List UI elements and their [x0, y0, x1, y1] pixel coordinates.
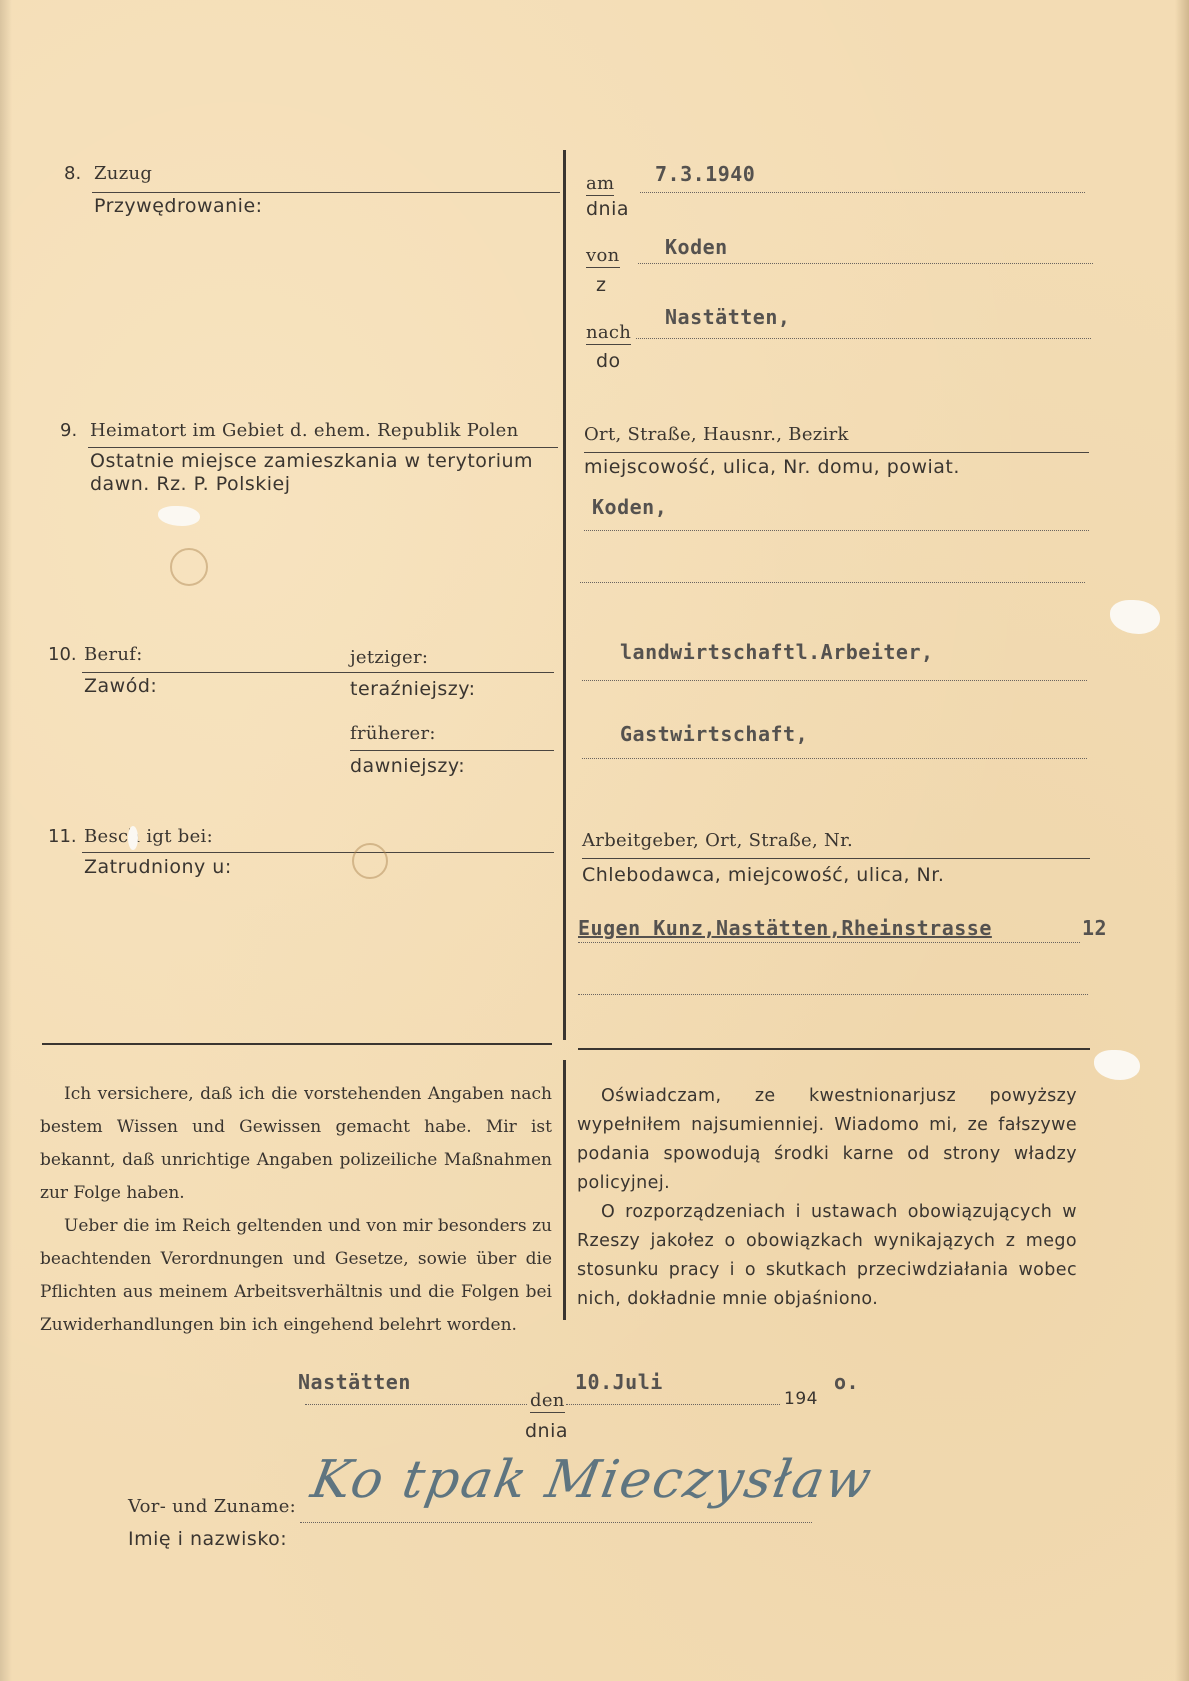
section-11-rule [82, 852, 554, 853]
former-occupation-rule [350, 750, 554, 751]
name-field-line [300, 1522, 812, 1523]
signature-date-value[interactable]: 10.Juli [575, 1370, 663, 1394]
date-label-de: am [586, 173, 614, 196]
section-11-number: 11. [48, 826, 77, 847]
home-address-value[interactable]: Koden, [592, 495, 667, 519]
to-label-de: nach [586, 322, 631, 345]
former-occupation-field-line [582, 758, 1087, 759]
paper-tear-right-2 [1094, 1050, 1140, 1080]
current-occupation-label-de: jetziger: [350, 647, 428, 668]
declaration-rule-left [42, 1043, 552, 1045]
from-place-field-line [638, 263, 1093, 264]
section-10-label-de: Beruf: [84, 644, 143, 665]
home-address-label-pl: miejscowość, ulica, Nr. domu, powiat. [584, 456, 960, 478]
current-occupation-value[interactable]: landwirtschaftl.Arbeiter, [620, 640, 934, 664]
employer-value[interactable]: Eugen Kunz,Nastätten,Rheinstrasse [578, 916, 992, 940]
section-8-number: 8. [64, 163, 81, 184]
declaration-german: Ich versichere, daß ich die vorstehenden… [40, 1078, 552, 1342]
year-prefix: 194 [784, 1389, 818, 1409]
paper-tear-right-1 [1110, 600, 1160, 634]
home-address-label-de: Ort, Straße, Hausnr., Bezirk [584, 424, 849, 445]
arrival-date-field-line [640, 192, 1085, 193]
from-label-pl: z [596, 274, 606, 296]
declaration-german-p1: Ich versichere, daß ich die vorstehenden… [40, 1078, 552, 1210]
declaration-rule-right [578, 1048, 1090, 1050]
to-label-pl: do [596, 350, 621, 372]
handwritten-signature[interactable]: Ko tpak Mieczysław [307, 1450, 878, 1510]
home-address-field-line-1 [584, 530, 1089, 531]
page-edge-right [1175, 0, 1189, 1681]
paper-hole-small [128, 826, 138, 850]
employer-house-number[interactable]: 12 [1082, 916, 1107, 940]
declaration-polish-p2: O rozporządzeniach i ustawach obowiązują… [577, 1198, 1077, 1314]
to-place-value[interactable]: Nastätten, [665, 305, 790, 329]
current-occupation-label-pl: teraźniejszy: [350, 678, 476, 700]
column-divider-top [563, 150, 566, 1040]
name-label-pl: Imię i nazwisko: [128, 1528, 287, 1550]
employer-label-pl: Chlebodawca, miejcowość, ulica, Nr. [582, 864, 944, 886]
former-occupation-value[interactable]: Gastwirtschaft, [620, 722, 808, 746]
page-edge-left [0, 0, 12, 1681]
section-11-label-de: Besch igt bei: [84, 826, 213, 847]
date-label-pl: dnia [586, 198, 629, 220]
section-9-label-pl-1: Ostatnie miejsce zamieszkania w terytori… [90, 450, 533, 472]
section-8-label-pl: Przywędrowanie: [94, 195, 263, 217]
section-10-rule [82, 672, 554, 673]
column-divider-bottom [563, 1060, 566, 1320]
year-suffix[interactable]: o. [834, 1370, 859, 1394]
section-10-label-pl: Zawód: [84, 675, 157, 697]
date-field-line [566, 1404, 780, 1405]
section-8-rule [92, 192, 560, 193]
section-11-label-pl: Zatrudniony u: [84, 856, 232, 878]
date-den-label: den [530, 1390, 565, 1413]
declaration-polish-p1: Oświadczam, ze kwestnionarjusz powyższy … [577, 1082, 1077, 1198]
section-9-rule [88, 447, 558, 448]
ring-stain-1 [170, 548, 208, 586]
section-8-label-de: Zuzug [94, 163, 152, 184]
place-value[interactable]: Nastätten [298, 1370, 411, 1394]
former-occupation-label-de: früherer: [350, 723, 436, 744]
former-occupation-label-pl: dawniejszy: [350, 755, 465, 777]
declaration-german-p2: Ueber die im Reich geltenden und von mir… [40, 1210, 552, 1342]
current-occupation-field-line [582, 680, 1087, 681]
section-10-number: 10. [48, 644, 77, 665]
ring-stain-2 [352, 843, 388, 879]
employer-field-line-1 [578, 942, 1080, 943]
to-place-field-line [636, 338, 1091, 339]
section-9-label-de: Heimatort im Gebiet d. ehem. Republik Po… [90, 420, 518, 441]
home-address-field-line-2 [580, 582, 1085, 583]
paper-hole [158, 506, 200, 526]
employer-rule [582, 858, 1090, 859]
section-9-number: 9. [60, 420, 77, 441]
arrival-date-value[interactable]: 7.3.1940 [655, 162, 755, 186]
declaration-polish: Oświadczam, ze kwestnionarjusz powyższy … [577, 1082, 1077, 1314]
from-place-value[interactable]: Koden [665, 235, 728, 259]
home-address-rule [584, 452, 1089, 453]
employer-label-de: Arbeitgeber, Ort, Straße, Nr. [582, 830, 853, 851]
date-dnia-label: dnia [525, 1420, 568, 1442]
section-9-label-pl-2: dawn. Rz. P. Polskiej [90, 473, 291, 495]
employer-field-line-2 [578, 994, 1088, 995]
from-label-de: von [586, 245, 620, 268]
place-field-line [305, 1404, 527, 1405]
name-label-de: Vor- und Zuname: [128, 1496, 296, 1517]
